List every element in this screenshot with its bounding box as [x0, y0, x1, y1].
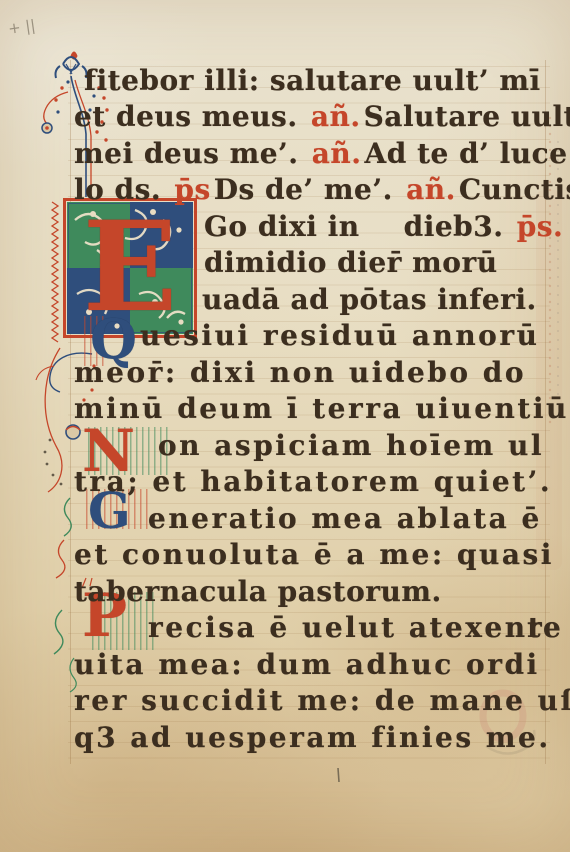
text-segment: uesiui residuū annorū: [140, 319, 539, 352]
text-segment: q3 ad uesperam finies me.: [74, 721, 551, 754]
text-segment: on aspiciam hoīem ul: [158, 429, 544, 462]
text-segment: Cunctis: [459, 173, 570, 206]
text-segment: meor̄: dixi non uidebo do: [74, 356, 526, 389]
text-line: fitebor illi: salutare uult’ mī: [84, 64, 541, 98]
text-segment: dimidio dier̄ morū: [204, 246, 498, 279]
text-line: dimidio dier̄ morū: [204, 246, 498, 280]
text-line: q3 ad uesperam finies me.: [74, 721, 551, 755]
text-segment: Salutare uult’: [364, 100, 570, 133]
text-segment: lo ds.: [74, 173, 171, 206]
text-segment: fitebor illi: salutare uult’ mī: [84, 64, 541, 97]
text-line: uita mea: dum adhuc ordi: [74, 648, 540, 682]
text-segment: Go dixi in: [204, 210, 360, 243]
text-line: meor̄: dixi non uidebo do: [74, 356, 526, 390]
margin-rule-left: [70, 60, 71, 764]
text-line-trailing: r: [527, 611, 542, 645]
text-line: eneratio mea ablata ē: [148, 502, 542, 536]
text-line: tra; et habitatorem quiet’.: [74, 465, 552, 499]
rubric-antiphon-mark: añ.: [309, 137, 365, 170]
text-line: lo ds. p̄sDs de’ me’. añ.Cunctis: [74, 173, 570, 207]
text-line: tabernacula pastorum.: [74, 575, 442, 609]
text-line: et deus meus. añ.Salutare uult’: [74, 100, 570, 134]
manuscript-page: + ||: [0, 0, 570, 852]
text-line: minū deum ī terra uiuentiū.: [74, 392, 570, 426]
text-segment: Ad te d’ luce uigi: [365, 137, 570, 170]
text-segment: recisa ē uelut atexente: [148, 611, 563, 644]
text-segment: uita mea: dum adhuc ordi: [74, 648, 540, 681]
text-line: uesiui residuū annorū: [140, 319, 539, 353]
text-line: uadā ad pōtas inferi.: [202, 283, 537, 317]
text-segment: r: [527, 611, 542, 644]
rubric-psalm-mark: p̄s.: [514, 210, 567, 243]
text-segment: et conuoluta ē a me: quasi: [74, 538, 554, 571]
pencil-inscription: + ||: [7, 16, 37, 38]
text-segment: uadā ad pōtas inferi.: [202, 283, 537, 316]
text-segment: minū deum ī terra uiuentiū.: [74, 392, 570, 425]
text-segment: tabernacula pastorum.: [74, 575, 442, 608]
text-line: mei deus me’. añ.Ad te d’ luce uigi: [74, 137, 570, 171]
rubric-psalm-mark: p̄s: [171, 173, 213, 206]
text-line: et conuoluta ē a me: quasi: [74, 538, 554, 572]
text-segment: tra; et habitatorem quiet’.: [74, 465, 552, 498]
text-segment: Ds de’ me’.: [214, 173, 403, 206]
text-line: recisa ē uelut atexente: [148, 611, 563, 645]
text-segment: mei deus me’.: [74, 137, 309, 170]
rubric-antiphon-mark: añ.: [403, 173, 459, 206]
text-line: rer succidit me: de mane uſ: [74, 684, 570, 718]
text-line: on aspiciam hoīem ul: [158, 429, 544, 463]
text-segment: eneratio mea ablata ē: [148, 502, 542, 535]
rubric-antiphon-mark: añ.: [308, 100, 364, 133]
text-segment: dieb3.: [404, 210, 514, 243]
text-segment: rer succidit me: de mane uſ: [74, 684, 570, 717]
text-segment: et deus meus.: [74, 100, 308, 133]
text-line: Go dixi indieb3. p̄s.: [204, 210, 566, 244]
pen-chain-ornament: [52, 202, 58, 342]
